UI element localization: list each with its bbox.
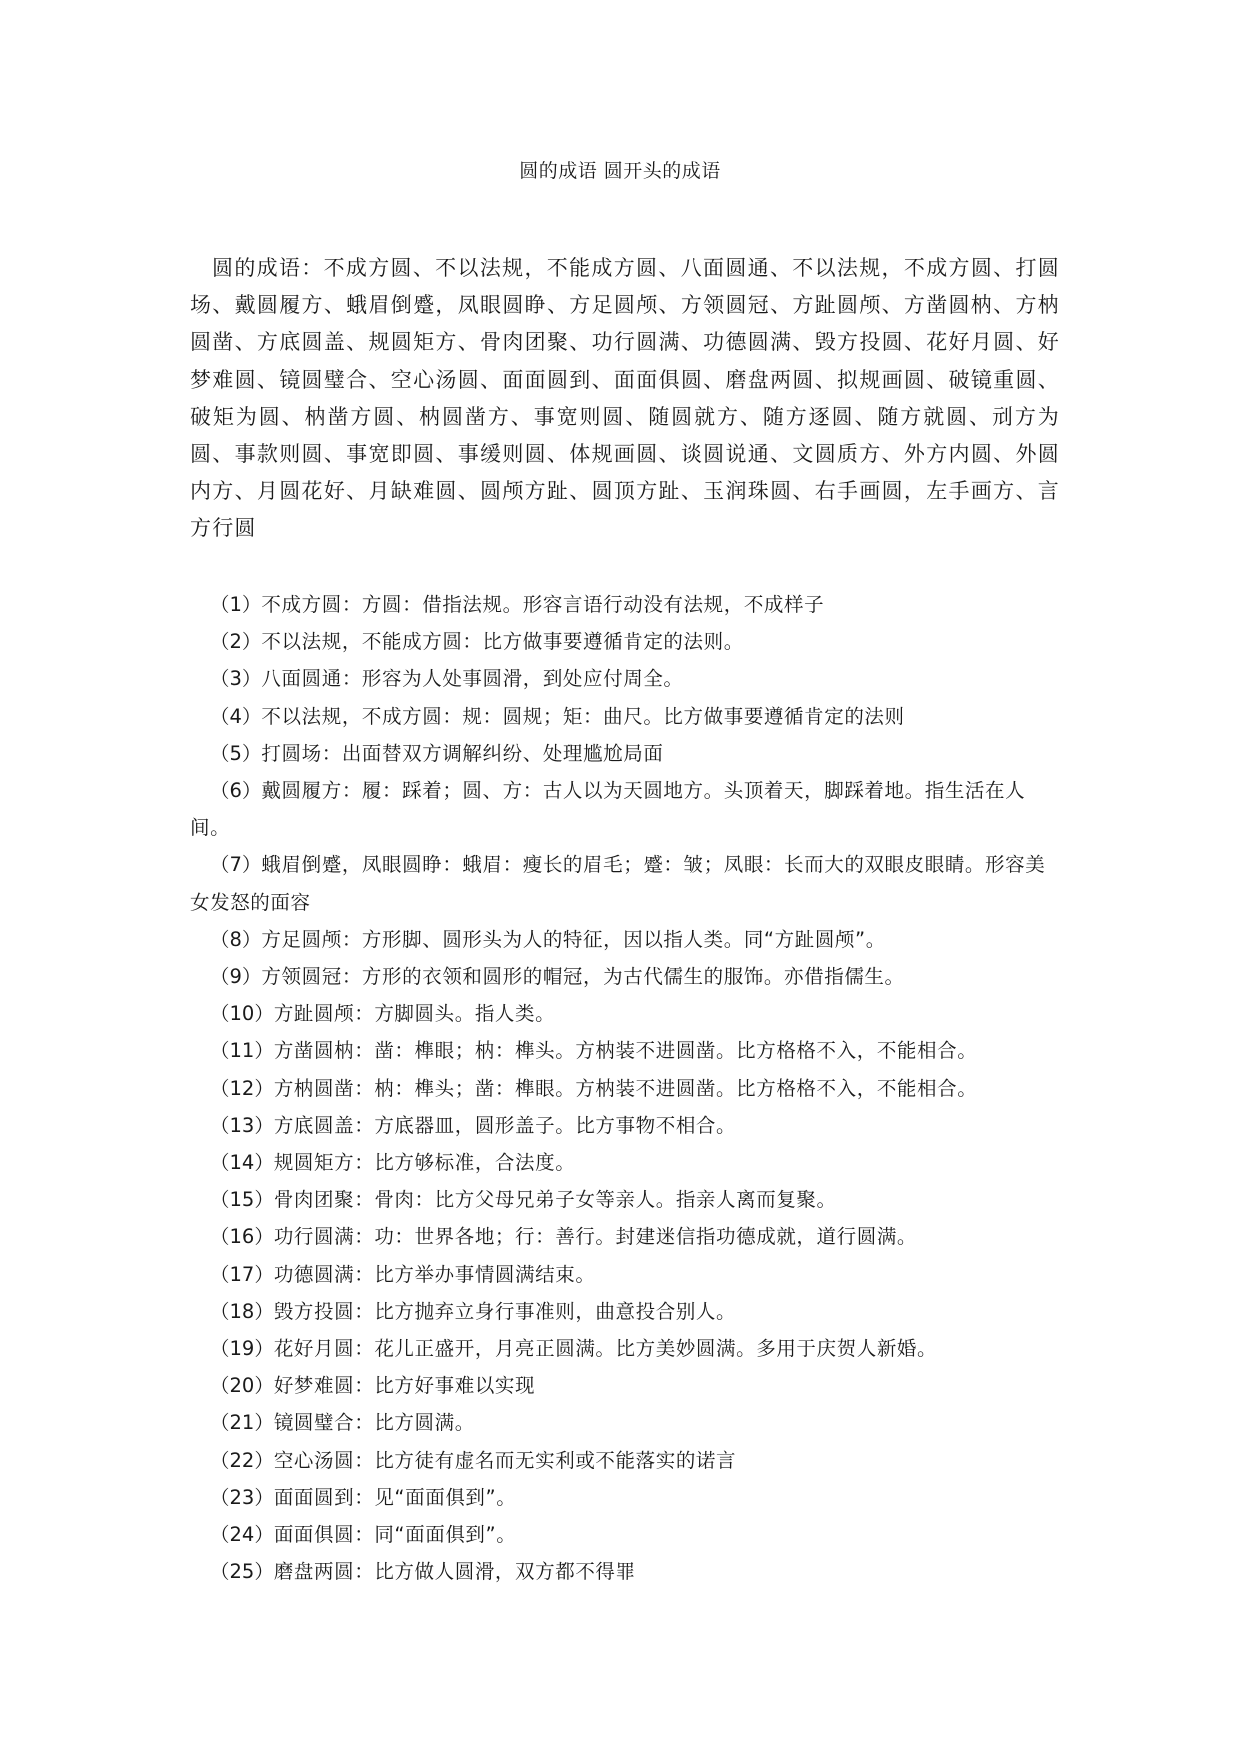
list-item: （21）镜圆璧合：比方圆满。 (190, 1404, 1060, 1441)
item-text: 镜圆璧合：比方圆满。 (274, 1411, 475, 1434)
item-text: 不以法规，不成方圆：规：圆规；矩：曲尺。比方做事要遵循肯定的法则 (261, 705, 904, 728)
item-text: 方枘圆凿：枘：榫头；凿：榫眼。方枘装不进圆凿。比方格格不入，不能相合。 (274, 1077, 978, 1100)
list-item: （25）磨盘两圆：比方做人圆滑，双方都不得罪 (190, 1553, 1060, 1590)
list-item: （8）方足圆颅：方形脚、圆形头为人的特征，因以指人类。同“方趾圆颅”。 (190, 921, 1060, 958)
item-number: （12） (210, 1077, 274, 1100)
page-title: 圆的成语 圆开头的成语 (0, 158, 1240, 184)
item-number: （6） (210, 779, 261, 802)
item-number: （17） (210, 1263, 274, 1286)
item-number: （19） (210, 1337, 274, 1360)
list-item: （2）不以法规，不能成方圆：比方做事要遵循肯定的法则。 (190, 623, 1060, 660)
list-item: （20）好梦难圆：比方好事难以实现 (190, 1367, 1060, 1404)
list-item: （9）方领圆冠：方形的衣领和圆形的帽冠，为古代儒生的服饰。亦借指儒生。 (190, 958, 1060, 995)
list-item: （23）面面圆到：见“面面俱到”。 (190, 1479, 1060, 1516)
list-item: （3）八面圆通：形容为人处事圆滑，到处应付周全。 (190, 660, 1060, 697)
summary-paragraph: 圆的成语：不成方圆、不以法规，不能成方圆、八面圆通、不以法规，不成方圆、打圆场、… (190, 250, 1060, 548)
list-item: （17）功德圆满：比方举办事情圆满结束。 (190, 1256, 1060, 1293)
list-item: （11）方凿圆枘：凿：榫眼；枘：榫头。方枘装不进圆凿。比方格格不入，不能相合。 (190, 1032, 1060, 1069)
item-text: 空心汤圆：比方徒有虚名而无实利或不能落实的诺言 (274, 1449, 736, 1472)
document-page: 圆的成语 圆开头的成语 圆的成语：不成方圆、不以法规，不能成方圆、八面圆通、不以… (0, 0, 1240, 1753)
list-item: （16）功行圆满：功：世界各地；行：善行。封建迷信指功德成就，道行圆满。 (190, 1218, 1060, 1255)
item-number: （10） (210, 1002, 274, 1025)
item-number: （23） (210, 1486, 274, 1509)
item-number: （3） (210, 667, 261, 690)
item-text: 不以法规，不能成方圆：比方做事要遵循肯定的法则。 (261, 630, 743, 653)
item-number: （22） (210, 1449, 274, 1472)
item-text: 蛾眉倒蹙，凤眼圆睁：蛾眉：瘦长的眉毛；蹙：皱；凤眼：长而大的双眼皮眼睛。形容美女… (190, 853, 1045, 913)
item-text: 功行圆满：功：世界各地；行：善行。封建迷信指功德成就，道行圆满。 (274, 1225, 917, 1248)
item-number: （1） (210, 593, 261, 616)
list-item: （24）面面俱圆：同“面面俱到”。 (190, 1516, 1060, 1553)
list-item: （12）方枘圆凿：枘：榫头；凿：榫眼。方枘装不进圆凿。比方格格不入，不能相合。 (190, 1070, 1060, 1107)
item-text: 方足圆颅：方形脚、圆形头为人的特征，因以指人类。同“方趾圆颅”。 (261, 928, 885, 951)
item-text: 打圆场：出面替双方调解纠纷、处理尴尬局面 (261, 742, 663, 765)
list-item: （14）规圆矩方：比方够标准，合法度。 (190, 1144, 1060, 1181)
list-item: （19）花好月圆：花儿正盛开，月亮正圆满。比方美妙圆满。多用于庆贺人新婚。 (190, 1330, 1060, 1367)
list-item: （10）方趾圆颅：方脚圆头。指人类。 (190, 995, 1060, 1032)
item-number: （11） (210, 1039, 274, 1062)
list-item: （13）方底圆盖：方底器皿，圆形盖子。比方事物不相合。 (190, 1107, 1060, 1144)
item-number: （8） (210, 928, 261, 951)
list-item: （22）空心汤圆：比方徒有虚名而无实利或不能落实的诺言 (190, 1442, 1060, 1479)
item-number: （16） (210, 1225, 274, 1248)
item-number: （21） (210, 1411, 274, 1434)
item-number: （7） (210, 853, 261, 876)
item-text: 方底圆盖：方底器皿，圆形盖子。比方事物不相合。 (274, 1114, 736, 1137)
list-item: （5）打圆场：出面替双方调解纠纷、处理尴尬局面 (190, 735, 1060, 772)
item-text: 不成方圆：方圆：借指法规。形容言语行动没有法规，不成样子 (261, 593, 824, 616)
item-text: 功德圆满：比方举办事情圆满结束。 (274, 1263, 596, 1286)
item-text: 方趾圆颅：方脚圆头。指人类。 (274, 1002, 555, 1025)
item-text: 方领圆冠：方形的衣领和圆形的帽冠，为古代儒生的服饰。亦借指儒生。 (261, 965, 904, 988)
list-item: （6）戴圆履方：履：踩着；圆、方：古人以为天圆地方。头顶着天，脚踩着地。指生活在… (190, 772, 1060, 846)
item-text: 八面圆通：形容为人处事圆滑，到处应付周全。 (261, 667, 683, 690)
item-number: （9） (210, 965, 261, 988)
list-item: （18）毁方投圆：比方抛弃立身行事准则，曲意投合别人。 (190, 1293, 1060, 1330)
list-item: （4）不以法规，不成方圆：规：圆规；矩：曲尺。比方做事要遵循肯定的法则 (190, 698, 1060, 735)
item-text: 规圆矩方：比方够标准，合法度。 (274, 1151, 576, 1174)
item-number: （24） (210, 1523, 274, 1546)
item-text: 磨盘两圆：比方做人圆滑，双方都不得罪 (274, 1560, 636, 1583)
item-number: （5） (210, 742, 261, 765)
item-number: （4） (210, 705, 261, 728)
item-number: （14） (210, 1151, 274, 1174)
item-text: 骨肉团聚：骨肉：比方父母兄弟子女等亲人。指亲人离而复聚。 (274, 1188, 837, 1211)
item-text: 方凿圆枘：凿：榫眼；枘：榫头。方枘装不进圆凿。比方格格不入，不能相合。 (274, 1039, 978, 1062)
item-text: 好梦难圆：比方好事难以实现 (274, 1374, 535, 1397)
item-number: （15） (210, 1188, 274, 1211)
item-number: （20） (210, 1374, 274, 1397)
item-text: 花好月圆：花儿正盛开，月亮正圆满。比方美妙圆满。多用于庆贺人新婚。 (274, 1337, 937, 1360)
list-item: （1）不成方圆：方圆：借指法规。形容言语行动没有法规，不成样子 (190, 586, 1060, 623)
item-text: 毁方投圆：比方抛弃立身行事准则，曲意投合别人。 (274, 1300, 736, 1323)
item-number: （2） (210, 630, 261, 653)
item-number: （13） (210, 1114, 274, 1137)
item-text: 戴圆履方：履：踩着；圆、方：古人以为天圆地方。头顶着天，脚踩着地。指生活在人间。 (190, 779, 1025, 839)
list-item: （7）蛾眉倒蹙，凤眼圆睁：蛾眉：瘦长的眉毛；蹙：皱；凤眼：长而大的双眼皮眼睛。形… (190, 846, 1060, 920)
item-number: （25） (210, 1560, 274, 1583)
item-text: 面面圆到：见“面面俱到”。 (274, 1486, 517, 1509)
list-item: （15）骨肉团聚：骨肉：比方父母兄弟子女等亲人。指亲人离而复聚。 (190, 1181, 1060, 1218)
idiom-list: （1）不成方圆：方圆：借指法规。形容言语行动没有法规，不成样子（2）不以法规，不… (190, 586, 1060, 1590)
item-number: （18） (210, 1300, 274, 1323)
item-text: 面面俱圆：同“面面俱到”。 (274, 1523, 517, 1546)
